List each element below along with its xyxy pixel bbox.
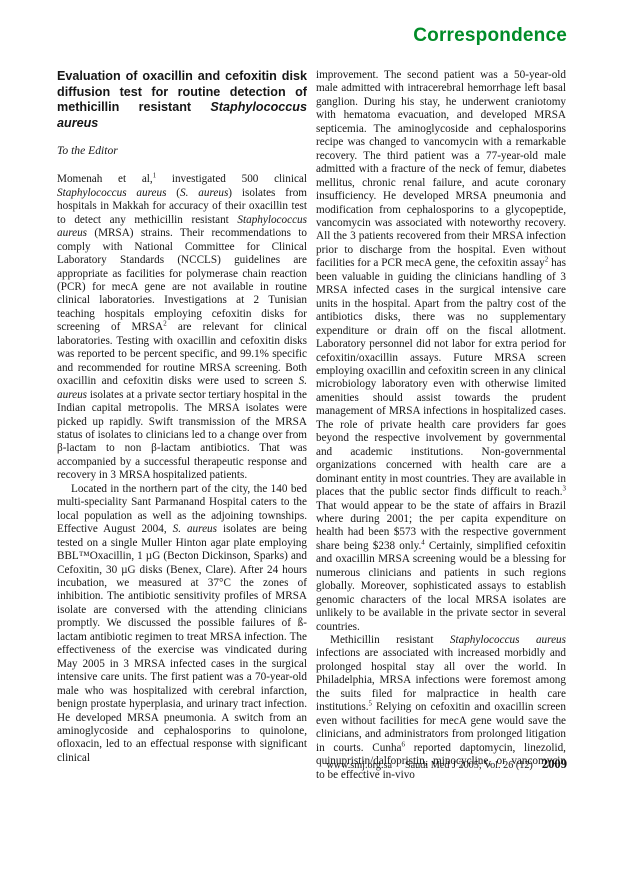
reference-superscript: 3: [563, 484, 566, 492]
text-run: Methicillin resistant: [330, 634, 450, 646]
paragraph: improvement. The second patient was a 50…: [316, 69, 566, 634]
journal-page: Correspondence Evaluation of oxacillin a…: [0, 0, 620, 877]
text-run: Staphylococcus aureus: [57, 187, 166, 199]
text-run: (MRSA) strains. Their recommendations to…: [57, 227, 307, 333]
paragraph: Evaluation of oxacillin and cefoxitin di…: [57, 69, 307, 131]
page-number: 2009: [542, 757, 567, 771]
text-run: isolates at a private sector tertiary ho…: [57, 389, 307, 482]
text-run: Staphylococcus aureus: [450, 634, 566, 646]
left-column: Evaluation of oxacillin and cefoxitin di…: [57, 69, 307, 782]
article-body-right: improvement. The second patient was a 50…: [316, 69, 566, 782]
text-run: S. aureus: [173, 523, 217, 535]
article-body-left: Momenah et al,1 investigated 500 clinica…: [57, 173, 307, 765]
text-run: Certainly, simplified cefoxitin and oxac…: [316, 540, 566, 633]
journal-url: www.smj.org.sa: [326, 760, 392, 771]
text-run: S. aureus: [180, 187, 228, 199]
text-run: (: [166, 187, 180, 199]
page-footer: www.smj.org.saSaudi Med J 2005; Vol. 26 …: [326, 757, 567, 772]
paragraph: Located in the northern part of the city…: [57, 483, 307, 766]
text-run: isolates are being tested on a single Mu…: [57, 523, 307, 764]
section-header: Correspondence: [413, 25, 567, 47]
article-columns: Evaluation of oxacillin and cefoxitin di…: [57, 69, 567, 782]
text-run: investigated 500 clinical: [156, 173, 307, 185]
text-run: Momenah et al,: [57, 173, 153, 185]
salutation: To the Editor: [57, 144, 307, 157]
text-run: has been valuable in guiding the clinici…: [316, 257, 566, 498]
article-title: Evaluation of oxacillin and cefoxitin di…: [57, 69, 307, 131]
paragraph: Momenah et al,1 investigated 500 clinica…: [57, 173, 307, 482]
journal-citation: Saudi Med J 2005; Vol. 26 (12): [405, 760, 533, 771]
right-column: improvement. The second patient was a 50…: [316, 69, 566, 782]
text-run: improvement. The second patient was a 50…: [316, 69, 566, 269]
